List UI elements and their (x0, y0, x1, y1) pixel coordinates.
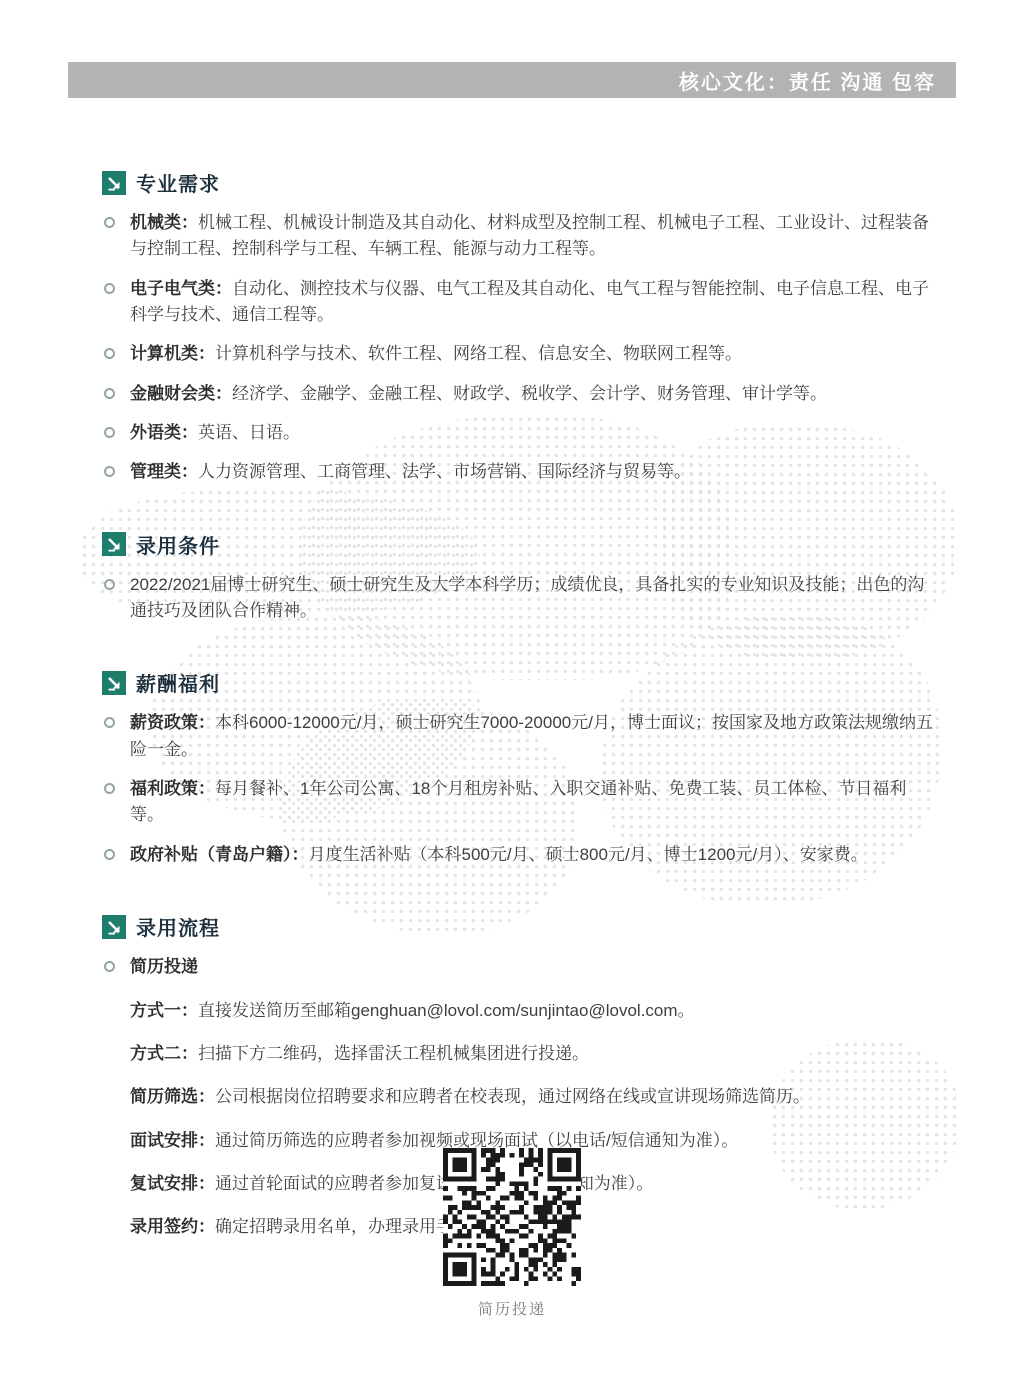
item-label: 外语类： (130, 423, 198, 442)
item-text: 人力资源管理、工商管理、法学、市场营销、国际经济与贸易等。 (198, 462, 691, 481)
section-majors-header: 专业需求 (102, 168, 934, 197)
list-item: 计算机类：计算机科学与技术、软件工程、网络工程、信息安全、物联网工程等。 (102, 341, 934, 367)
item-label: 管理类： (130, 462, 198, 481)
bullet-ring-icon (104, 579, 115, 590)
step-label: 方式二： (130, 1044, 198, 1063)
item-text: 英语、日语。 (198, 423, 300, 442)
step-label: 方式一： (130, 1001, 198, 1020)
item-label: 简历投递 (130, 957, 198, 976)
bullet-ring-icon (104, 348, 115, 359)
bullet-ring-icon (104, 217, 115, 228)
item-text: 本科6000-12000元/月，硕士研究生7000-20000元/月，博士面议；… (130, 713, 933, 758)
list-item: 外语类：英语、日语。 (102, 420, 934, 446)
qr-code (443, 1148, 581, 1286)
top-banner: 核心文化：责任 沟通 包容 (68, 62, 956, 98)
list-item: 政府补贴（青岛户籍）：月度生活补贴（本科500元/月、硕士800元/月、博士12… (102, 842, 934, 868)
item-label: 薪资政策： (130, 713, 215, 732)
step-text: 扫描下方二维码，选择雷沃工程机械集团进行投递。 (198, 1044, 589, 1063)
page-content: 专业需求 机械类：机械工程、机械设计制造及其自动化、材料成型及控制工程、机械电子… (102, 168, 934, 1258)
list-item: 薪资政策：本科6000-12000元/月，硕士研究生7000-20000元/月，… (102, 710, 934, 763)
item-label: 福利政策： (130, 779, 215, 798)
step-text: 通过首轮面试的应聘者参加复试（以电话/短信通知为准）。 (215, 1174, 653, 1193)
arrow-square-icon (102, 171, 126, 195)
list-item: 金融财会类：经济学、金融学、金融工程、财政学、税收学、会计学、财务管理、审计学等… (102, 381, 934, 407)
step-label: 复试安排： (130, 1174, 215, 1193)
section-title: 录用流程 (136, 912, 220, 941)
step-label: 简历筛选： (130, 1087, 215, 1106)
list-item: 机械类：机械工程、机械设计制造及其自动化、材料成型及控制工程、机械电子工程、工业… (102, 210, 934, 263)
section-title: 录用条件 (136, 530, 220, 559)
arrow-square-icon (102, 532, 126, 556)
section-requirements-header: 录用条件 (102, 530, 934, 559)
item-label: 电子电气类： (130, 279, 232, 298)
item-label: 金融财会类： (130, 384, 232, 403)
list-item: 2022/2021届博士研究生、硕士研究生及大学本科学历；成绩优良，具备扎实的专… (102, 572, 934, 625)
bullet-ring-icon (104, 717, 115, 728)
list-item: 电子电气类：自动化、测控技术与仪器、电气工程及其自动化、电气工程与智能控制、电子… (102, 276, 934, 329)
process-step: 方式一：直接发送简历至邮箱genghuan@lovol.com/sunjinta… (102, 998, 934, 1024)
step-label: 录用签约： (130, 1217, 215, 1236)
arrow-square-icon (102, 915, 126, 939)
item-text: 2022/2021届博士研究生、硕士研究生及大学本科学历；成绩优良，具备扎实的专… (130, 575, 924, 620)
item-text: 计算机科学与技术、软件工程、网络工程、信息安全、物联网工程等。 (215, 344, 742, 363)
process-step: 简历筛选：公司根据岗位招聘要求和应聘者在校表现，通过网络在线或宣讲现场筛选简历。 (102, 1084, 934, 1110)
item-text: 经济学、金融学、金融工程、财政学、税收学、会计学、财务管理、审计学等。 (232, 384, 827, 403)
bullet-ring-icon (104, 783, 115, 794)
step-text: 公司根据岗位招聘要求和应聘者在校表现，通过网络在线或宣讲现场筛选简历。 (215, 1087, 810, 1106)
qr-caption: 简历投递 (437, 1298, 587, 1319)
section-compensation-items: 薪资政策：本科6000-12000元/月，硕士研究生7000-20000元/月，… (102, 710, 934, 868)
arrow-square-icon (102, 671, 126, 695)
section-compensation-header: 薪酬福利 (102, 668, 934, 697)
item-label: 机械类： (130, 213, 198, 232)
step-text: 直接发送简历至邮箱genghuan@lovol.com/sunjintao@lo… (198, 1001, 695, 1020)
section-title: 专业需求 (136, 168, 220, 197)
bullet-ring-icon (104, 388, 115, 399)
list-item: 福利政策：每月餐补、1年公司公寓、18个月租房补贴、入职交通补贴、免费工装、员工… (102, 776, 934, 829)
list-item: 管理类：人力资源管理、工商管理、法学、市场营销、国际经济与贸易等。 (102, 459, 934, 485)
process-step: 方式二：扫描下方二维码，选择雷沃工程机械集团进行投递。 (102, 1041, 934, 1067)
bullet-ring-icon (104, 466, 115, 477)
bullet-ring-icon (104, 283, 115, 294)
bullet-ring-icon (104, 849, 115, 860)
step-label: 面试安排： (130, 1131, 215, 1150)
item-text: 自动化、测控技术与仪器、电气工程及其自动化、电气工程与智能控制、电子信息工程、电… (130, 279, 929, 324)
section-process-header: 录用流程 (102, 912, 934, 941)
item-text: 机械工程、机械设计制造及其自动化、材料成型及控制工程、机械电子工程、工业设计、过… (130, 213, 929, 258)
item-text: 每月餐补、1年公司公寓、18个月租房补贴、入职交通补贴、免费工装、员工体检、节日… (130, 779, 906, 824)
banner-text: 核心文化：责任 沟通 包容 (679, 66, 936, 95)
section-majors-items: 机械类：机械工程、机械设计制造及其自动化、材料成型及控制工程、机械电子工程、工业… (102, 210, 934, 486)
item-label: 计算机类： (130, 344, 215, 363)
item-label: 政府补贴（青岛户籍）： (130, 845, 309, 864)
section-requirements-items: 2022/2021届博士研究生、硕士研究生及大学本科学历；成绩优良，具备扎实的专… (102, 572, 934, 625)
item-text: 月度生活补贴（本科500元/月、硕士800元/月、博士1200元/月）、安家费。 (309, 845, 868, 864)
list-item: 简历投递 (102, 954, 934, 980)
bullet-ring-icon (104, 961, 115, 972)
qr-block: 简历投递 (437, 1148, 587, 1319)
section-title: 薪酬福利 (136, 668, 220, 697)
step-text: 通过简历筛选的应聘者参加视频或现场面试（以电话/短信通知为准）。 (215, 1131, 738, 1150)
bullet-ring-icon (104, 427, 115, 438)
